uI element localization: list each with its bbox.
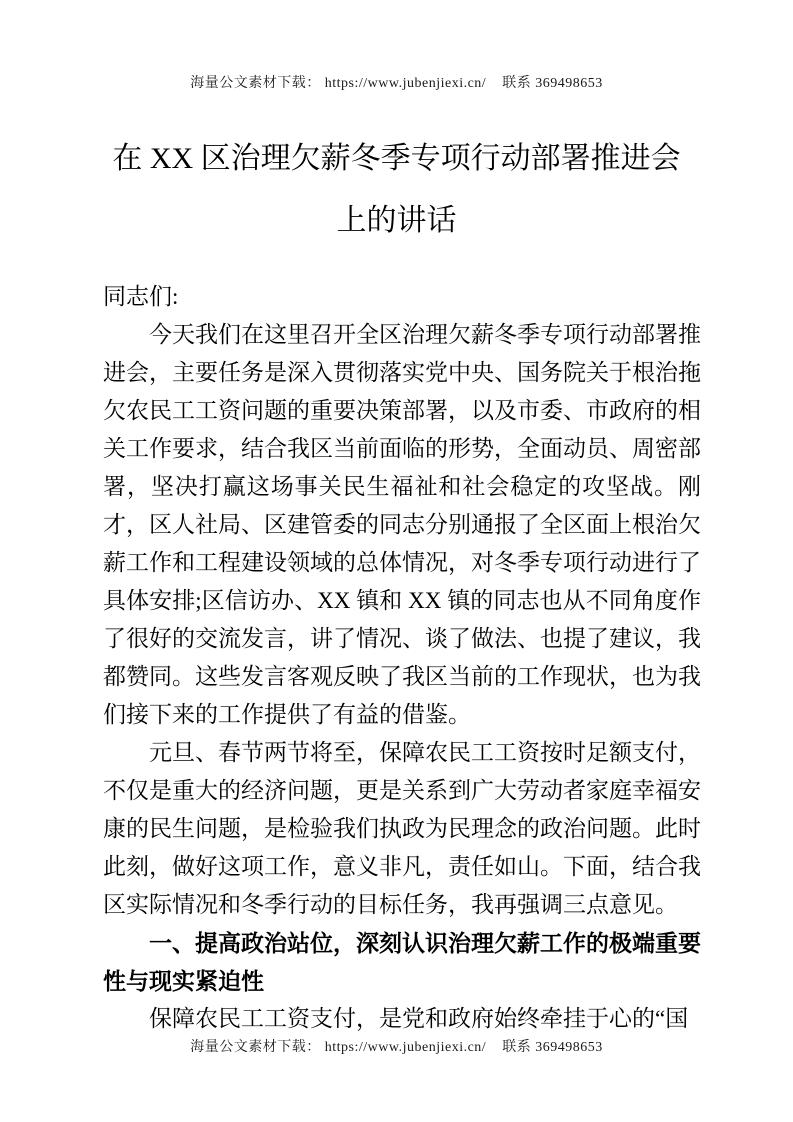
footer-download-label: 海量公文素材下载： <box>190 1036 321 1056</box>
paragraph-opening: 今天我们在这里召开全区治理欠薪冬季专项行动部署推进会，主要任务是深入贯彻落实党中… <box>103 316 701 734</box>
page-footer: 海量公文素材下载：https://www.jubenjiexi.cn/联系 36… <box>0 1036 793 1056</box>
header-download-label: 海量公文素材下载： <box>190 72 321 92</box>
document-title-text: 在 XX 区治理欠薪冬季专项行动部署推进会上的讲话 <box>106 128 688 252</box>
paragraph-section-1-start: 保障农民工工资支付，是党和政府始终牵挂于心的“国 <box>103 1000 701 1038</box>
document-page: 海量公文素材下载：https://www.jubenjiexi.cn/联系 36… <box>0 0 793 1122</box>
footer-contact: 联系 369498653 <box>502 1036 603 1056</box>
footer-url: https://www.jubenjiexi.cn/ <box>325 1040 486 1056</box>
document-body: 同志们: 今天我们在这里召开全区治理欠薪冬季专项行动部署推进会，主要任务是深入贯… <box>103 278 701 1038</box>
page-header: 海量公文素材下载：https://www.jubenjiexi.cn/联系 36… <box>0 72 793 92</box>
header-contact: 联系 369498653 <box>502 72 603 92</box>
paragraph-significance: 元旦、春节两节将至，保障农民工工资按时足额支付，不仅是重大的经济问题，更是关系到… <box>103 734 701 924</box>
section-heading-1: 一、提高政治站位，深刻认识治理欠薪工作的极端重要性与现实紧迫性 <box>103 924 701 1000</box>
salutation: 同志们: <box>103 278 701 316</box>
header-url: https://www.jubenjiexi.cn/ <box>325 76 486 92</box>
document-title: 在 XX 区治理欠薪冬季专项行动部署推进会上的讲话 <box>0 128 793 252</box>
